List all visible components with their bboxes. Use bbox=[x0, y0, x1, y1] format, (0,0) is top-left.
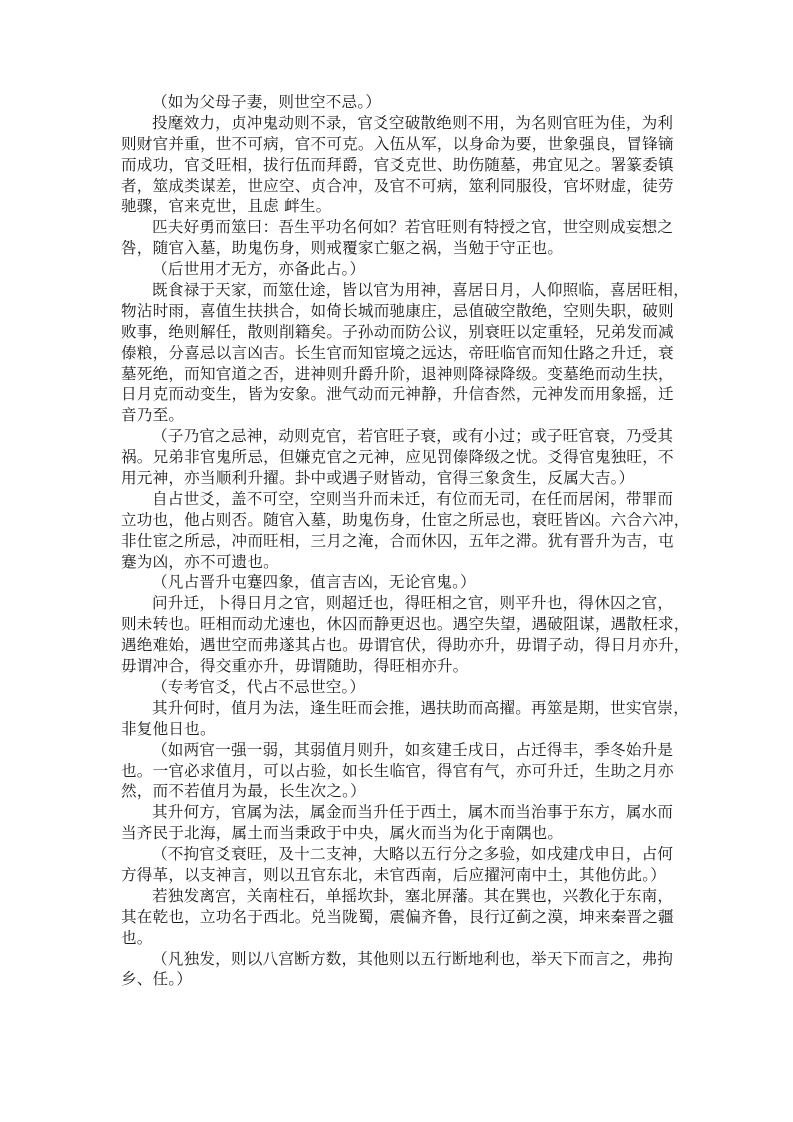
text-line: 遇绝难始，遇世空而弗遂其占也。毋谓官伏，得助亦升，毋谓子动，得日月亦升， bbox=[121, 635, 681, 656]
text-line: 败事，绝则解任，散则削籍矣。子孙动而防公议，别衰旺以定重轻，兄弟发而减 bbox=[121, 322, 681, 343]
text-line: 问升迁，卜得日月之官，则超迁也，得旺相之官，则平升也，得休囚之官， bbox=[121, 593, 681, 614]
annotation-paragraph: （子乃官之忌神，动则克官，若官旺子衰，或有小过；或子旺官衰，乃受其祸。兄弟非官鬼… bbox=[121, 426, 681, 489]
text-line: 非复他日也。 bbox=[121, 719, 681, 740]
text-line: 咎，随官入墓，助鬼伤身，则戒覆家亡躯之祸，当勉于守正也。 bbox=[121, 238, 681, 259]
text-line: 非仕宦之所忌，冲而旺相，三月之淹，合而休囚，五年之滞。犹有晋升为吉，屯 bbox=[121, 531, 681, 552]
annotation-paragraph: （后世用才无方，亦备此占。） bbox=[121, 259, 681, 280]
text-line: 投麾效力，贞冲鬼动则不录，官爻空破散绝则不用，为名则官旺为佳，为利 bbox=[121, 113, 681, 134]
text-line: （凡独发，则以八宫断方数，其他则以五行断地利也，举天下而言之，弗拘 bbox=[121, 949, 681, 970]
text-line: （不拘官爻衰旺，及十二支神，大略以五行分之多验，如戌建戊申日，占何 bbox=[121, 844, 681, 865]
body-paragraph: 投麾效力，贞冲鬼动则不录，官爻空破散绝则不用，为名则官旺为佳，为利则财官并重，世… bbox=[121, 113, 681, 217]
annotation-paragraph: （不拘官爻衰旺，及十二支神，大略以五行分之多验，如戌建戊申日，占何方得革，以支神… bbox=[121, 844, 681, 886]
text-line: 者，筮成类谋差，世应空、贞合冲，及官不可病，筮利同服役，官坏财虚，徒劳 bbox=[121, 176, 681, 197]
text-line: 也。一官必求值月，可以占验，如长生临官，得官有气，亦可升迁，生助之月亦 bbox=[121, 761, 681, 782]
text-line: 祸。兄弟非官鬼所忌，但嫌克官之元神，应见罚傣降级之忧。爻得官鬼独旺，不 bbox=[121, 447, 681, 468]
annotation-paragraph: （凡独发，则以八宫断方数，其他则以五行断地利也，举天下而言之，弗拘乡、任。） bbox=[121, 949, 681, 991]
annotation-paragraph: （专考官爻，代占不忌世空。） bbox=[121, 677, 681, 698]
body-paragraph: 其升何时，值月为法，逢生旺而会推，遇扶助而高擢。再筮是期，世实官崇，非复他日也。 bbox=[121, 698, 681, 740]
text-line: 若独发离宫，关南柱石，单摇坎卦，塞北屏藩。其在巽也，兴教化于东南， bbox=[121, 886, 681, 907]
text-line: 日月克而动变生，皆为安象。泄气动而元神静，升信杳然，元神发而用象摇，迁 bbox=[121, 384, 681, 405]
text-line: 其升何时，值月为法，逢生旺而会推，遇扶助而高擢。再筮是期，世实官崇， bbox=[121, 698, 681, 719]
text-line: （子乃官之忌神，动则克官，若官旺子衰，或有小过；或子旺官衰，乃受其 bbox=[121, 426, 681, 447]
text-line: 既食禄于天家，而筮仕途，皆以官为用神，喜居日月，人仰照临，喜居旺相， bbox=[121, 280, 681, 301]
text-line: 匹夫好勇而筮曰：吾生平功名何如？若官旺则有特授之官，世空则成妄想之 bbox=[121, 217, 681, 238]
body-paragraph: 既食禄于天家，而筮仕途，皆以官为用神，喜居日月，人仰照临，喜居旺相，物沾时雨，喜… bbox=[121, 280, 681, 426]
body-paragraph: 问升迁，卜得日月之官，则超迁也，得旺相之官，则平升也，得休囚之官，则未转也。旺相… bbox=[121, 593, 681, 677]
body-paragraph: 其升何方，官属为法，属金而当升任于西土，属木而当治事于东方，属水而当齐民于北海，… bbox=[121, 802, 681, 844]
text-line: 方得革，以支神言，则以丑官东北，未官西南，后应擢河南中土，其他仿此。） bbox=[121, 865, 681, 886]
text-line: 然，而不若值月为最，长生次之。） bbox=[121, 781, 681, 802]
text-line: 立功也，他占则否。随官入墓，助鬼伤身，仕宦之所忌也，衰旺皆凶。六合六冲， bbox=[121, 510, 681, 531]
annotation-paragraph: （如两官一强一弱，其弱值月则升，如亥建壬戌日，占迁得丰，季冬始升是也。一官必求值… bbox=[121, 740, 681, 803]
text-line: 而成功，官爻旺相，拔行伍而拜爵，官爻克世、助伤随墓，弗宜见之。署篆委镇 bbox=[121, 155, 681, 176]
text-line: 傣粮，分喜忌以言凶吉。长生官而知宦境之远达，帝旺临官而知仕路之升迁，衰 bbox=[121, 343, 681, 364]
text-line: （如两官一强一弱，其弱值月则升，如亥建壬戌日，占迁得丰，季冬始升是 bbox=[121, 740, 681, 761]
body-paragraph: 匹夫好勇而筮曰：吾生平功名何如？若官旺则有特授之官，世空则成妄想之咎，随官入墓，… bbox=[121, 217, 681, 259]
annotation-paragraph: （如为父母子妻，则世空不忌。） bbox=[121, 92, 681, 113]
body-paragraph: 若独发离宫，关南柱石，单摇坎卦，塞北屏藩。其在巽也，兴教化于东南，其在乾也，立功… bbox=[121, 886, 681, 949]
text-line: （专考官爻，代占不忌世空。） bbox=[121, 677, 681, 698]
text-line: （凡占晋升屯蹇四象，值言吉凶，无论官鬼。） bbox=[121, 572, 681, 593]
text-line: （后世用才无方，亦备此占。） bbox=[121, 259, 681, 280]
text-line: 当齐民于北海，属土而当秉政于中央，属火而当为化于南隅也。 bbox=[121, 823, 681, 844]
body-paragraph: 自占世爻，盖不可空，空则当升而未迁，有位而无司，在任而居闲，带罪而立功也，他占则… bbox=[121, 489, 681, 573]
text-line: 其升何方，官属为法，属金而当升任于西土，属木而当治事于东方，属水而 bbox=[121, 802, 681, 823]
text-line: 蹇为凶，亦不可遗也。 bbox=[121, 552, 681, 573]
text-line: 也。 bbox=[121, 928, 681, 949]
text-line: 则未转也。旺相而动尤速也，休囚而静更迟也。遇空失望，遇破阻谋，遇散枉求， bbox=[121, 614, 681, 635]
text-line: 用元神，亦当顺利升擢。卦中或遇子财皆动，官得三象贪生，反属大吉。） bbox=[121, 468, 681, 489]
text-line: 乡、任。） bbox=[121, 969, 681, 990]
text-line: 其在乾也，立功名于西北。兑当陇蜀，震偏齐鲁，艮行辽蓟之漠，坤来秦晋之疆 bbox=[121, 907, 681, 928]
document-page: （如为父母子妻，则世空不忌。）投麾效力，贞冲鬼动则不录，官爻空破散绝则不用，为名… bbox=[121, 92, 681, 990]
text-line: 毋谓冲合，得交重亦升，毋谓随助，得旺相亦升。 bbox=[121, 656, 681, 677]
text-line: 则财官并重，世不可病，官不可克。入伍从军，以身命为要，世象强良，冒锋镝 bbox=[121, 134, 681, 155]
text-line: 驰骤，官来克世，且虑 衅生。 bbox=[121, 196, 681, 217]
text-line: 墓死绝，而知官道之否，进神则升爵升阶，退神则降禄降级。变墓绝而动生扶， bbox=[121, 364, 681, 385]
text-line: 物沾时雨，喜值生扶拱合，如倚长城而驰康庄，忌值破空散绝，空则失职，破则 bbox=[121, 301, 681, 322]
text-line: 音乃至。 bbox=[121, 405, 681, 426]
text-line: 自占世爻，盖不可空，空则当升而未迁，有位而无司，在任而居闲，带罪而 bbox=[121, 489, 681, 510]
annotation-paragraph: （凡占晋升屯蹇四象，值言吉凶，无论官鬼。） bbox=[121, 572, 681, 593]
text-line: （如为父母子妻，则世空不忌。） bbox=[121, 92, 681, 113]
